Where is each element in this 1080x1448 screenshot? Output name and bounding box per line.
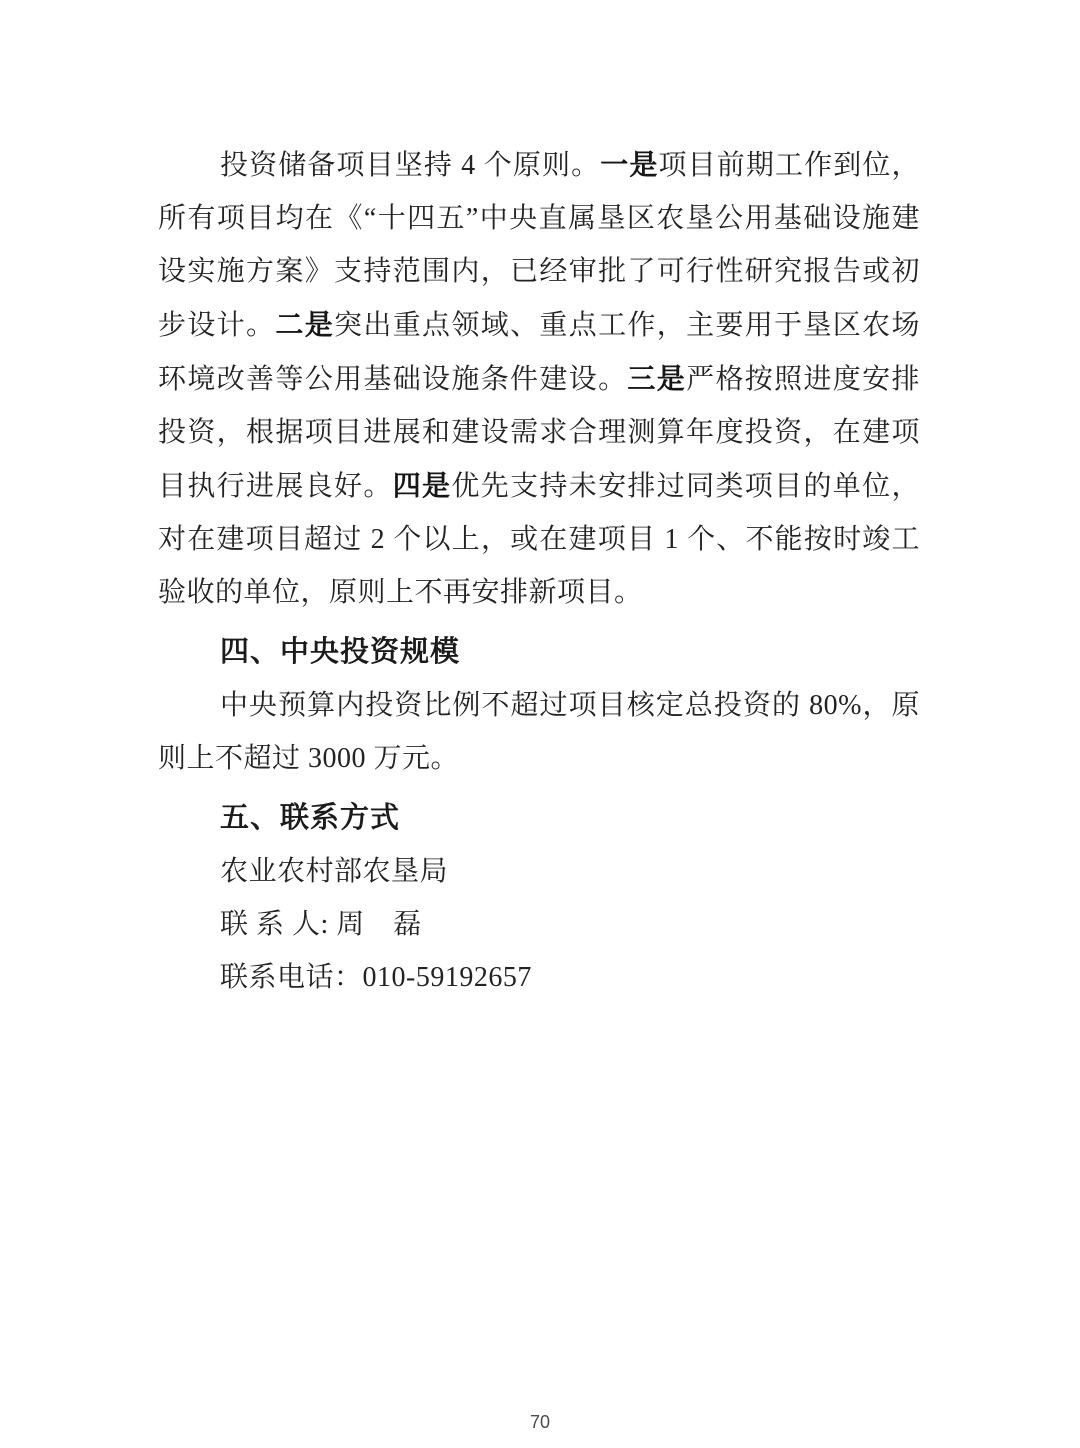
text-segment: 验收的单位，原则上不再安排新项目。 [158, 577, 643, 608]
text-line: 设实施方案》支持范围内，已经审批了可行性研究报告或初 [158, 245, 920, 298]
page-number: 70 [0, 1412, 1080, 1433]
text-segment: 则上不超过 3000 万元。 [158, 743, 459, 774]
text-line: 则上不超过 3000 万元。 [158, 732, 920, 785]
text-segment: 目执行进展良好。 [158, 471, 393, 502]
text-line: 验收的单位，原则上不再安排新项目。 [158, 566, 920, 619]
text-segment: 优先支持未安排过同类项目的单位， [451, 471, 920, 502]
section-heading-central-investment-scale: 四、中央投资规模 [158, 626, 920, 679]
text-segment: 投资储备项目坚持 4 个原则。 [220, 150, 600, 181]
contact-person-line: 联 系 人: 周 磊 [158, 898, 920, 951]
text-line: 环境改善等公用基础设施条件建设。三是严格按照进度安排 [158, 352, 920, 406]
document-page: 投资储备项目坚持 4 个原则。一是项目前期工作到位， 所有项目均在《“十四五”中… [0, 0, 1080, 1448]
text-segment: 投资，根据项目进展和建设需求合理测算年度投资，在建项 [158, 417, 920, 448]
text-segment: 环境改善等公用基础设施条件建设。 [158, 364, 627, 395]
text-segment: 步设计。 [158, 310, 275, 341]
text-segment: 中央预算内投资比例不超过项目核定总投资的 80%，原 [220, 690, 920, 721]
text-segment: 项目前期工作到位， [658, 150, 920, 181]
text-line: 目执行进展良好。四是优先支持未安排过同类项目的单位， [158, 459, 920, 513]
text-segment: 农业农村部农垦局 [220, 856, 448, 887]
contact-org-line: 农业农村部农垦局 [158, 845, 920, 898]
text-line: 投资，根据项目进展和建设需求合理测算年度投资，在建项 [158, 406, 920, 459]
bold-marker-sanshi: 三是 [627, 363, 686, 394]
text-line: 投资储备项目坚持 4 个原则。一是项目前期工作到位， [158, 138, 920, 192]
text-segment: 联系电话：010-59192657 [220, 962, 532, 993]
bold-marker-yishi: 一是 [600, 149, 658, 180]
text-line: 所有项目均在《“十四五”中央直属垦区农垦公用基础设施建 [158, 192, 920, 245]
text-segment: 联 系 人: 周 磊 [220, 909, 422, 940]
bold-marker-sishi: 四是 [393, 470, 452, 501]
text-segment: 设实施方案》支持范围内，已经审批了可行性研究报告或初 [158, 256, 920, 287]
text-segment: 严格按照进度安排 [686, 364, 920, 395]
contact-phone-line: 联系电话：010-59192657 [158, 951, 920, 1004]
text-line: 中央预算内投资比例不超过项目核定总投资的 80%，原 [158, 679, 920, 732]
document-body: 投资储备项目坚持 4 个原则。一是项目前期工作到位， 所有项目均在《“十四五”中… [0, 0, 1080, 1004]
text-segment: 对在建项目超过 2 个以上，或在建项目 1 个、不能按时竣工 [158, 524, 920, 555]
text-segment: 所有项目均在《“十四五”中央直属垦区农垦公用基础设施建 [158, 203, 920, 234]
text-line: 对在建项目超过 2 个以上，或在建项目 1 个、不能按时竣工 [158, 513, 920, 566]
text-segment: 突出重点领域、重点工作，主要用于垦区农场 [334, 310, 920, 341]
section-heading-contact-info: 五、联系方式 [158, 792, 920, 845]
bold-marker-ershi: 二是 [275, 309, 334, 340]
text-line: 步设计。二是突出重点领域、重点工作，主要用于垦区农场 [158, 298, 920, 352]
